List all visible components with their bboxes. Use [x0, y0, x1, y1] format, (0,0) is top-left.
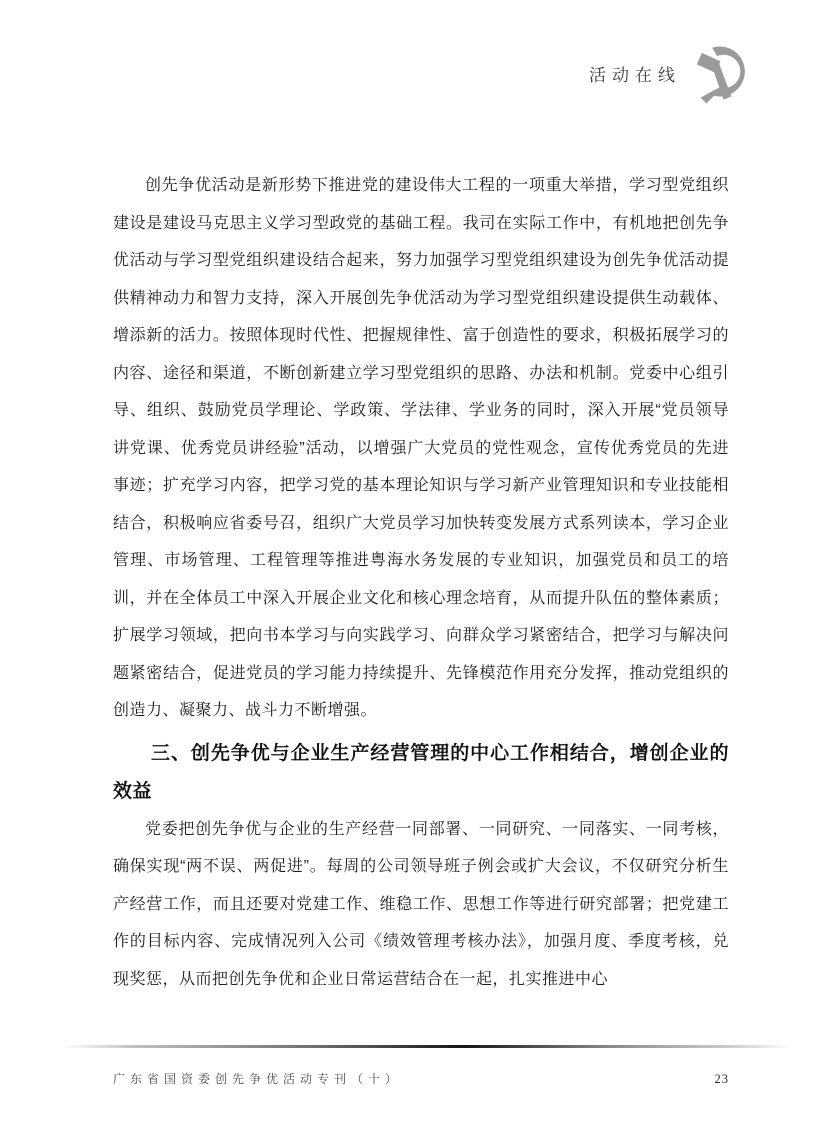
journal-title: 广东省国资委创先争优活动专刊（十）: [113, 1070, 402, 1087]
article-body: 创先争优活动是新形势下推进党的建设伟大工程的一项重大举措，学习型党组织建设是建设…: [113, 167, 729, 998]
party-emblem-icon: [691, 42, 755, 106]
page-footer: 广东省国资委创先争优活动专刊（十） 23: [113, 1070, 729, 1087]
document-page: 活动在线 创先争优活动是新形势下推进党的建设伟大工程的一项重大举措，学习型党组织…: [0, 0, 827, 1130]
paragraph-production-management: 党委把创先争优与企业的生产经营一同部署、一同研究、一同落实、一同考核，确保实现“…: [113, 811, 729, 999]
header-section-label: 活动在线: [589, 61, 681, 88]
footer-divider: [62, 1045, 792, 1048]
page-number: 23: [715, 1072, 730, 1087]
page-header: 活动在线: [589, 42, 755, 106]
paragraph-learning-party-organization: 创先争优活动是新形势下推进党的建设伟大工程的一项重大举措，学习型党组织建设是建设…: [113, 167, 729, 730]
section-heading-three: 三、创先争优与企业生产经营管理的中心工作相结合，增创企业的效益: [113, 735, 729, 811]
